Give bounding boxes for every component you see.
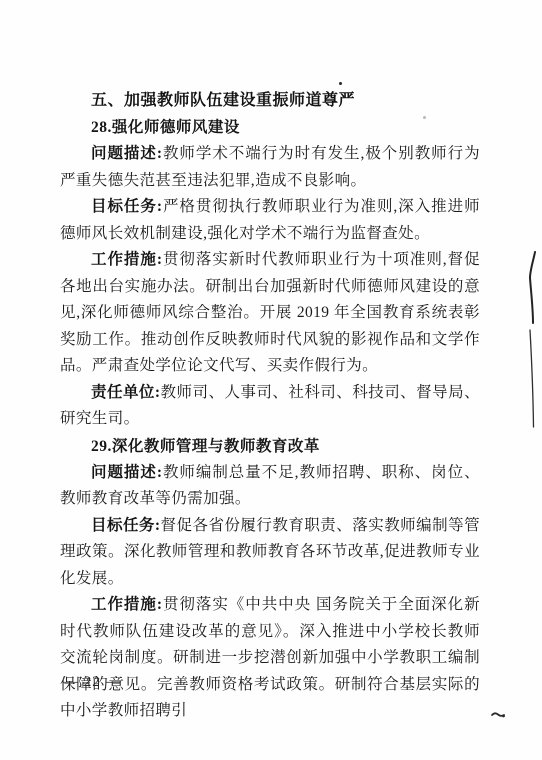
item-28-goal-paragraph: 目标任务:严格贯彻执行教师职业行为准则,深入推进师德师风长效机制建设,强化对学术… <box>60 194 480 247</box>
scan-squiggle-artifact <box>490 709 508 721</box>
document-item-29: 29.深化教师管理与教师教育改革 问题描述:教师编制总量不足,教师招聘、职称、岗… <box>60 433 480 725</box>
paragraph-text: 贯彻落实《中共中央 国务院关于全面深化新时代教师队伍建设改革的意见》。深入推进中… <box>60 596 480 719</box>
item-28-responsible-units-paragraph: 责任单位:教师司、人事司、社科司、科技司、督导局、研究生司。 <box>60 380 480 433</box>
item-28-measures-paragraph: 工作措施:贯彻落实新时代教师职业行为十项准则,督促各地出台实施办法。研制出台加强… <box>60 247 480 380</box>
scan-crease-line-artifact <box>525 248 542 433</box>
item-29-measures-paragraph: 工作措施:贯彻落实《中共中央 国务院关于全面深化新时代教师队伍建设改革的意见》。… <box>60 592 480 725</box>
paragraph-label: 问题描述: <box>91 145 162 162</box>
paragraph-label: 工作措施: <box>91 596 162 613</box>
item-29-title: 29.深化教师管理与教师教育改革 <box>60 433 480 460</box>
item-29-problem-paragraph: 问题描述:教师编制总量不足,教师招聘、职称、岗位、教师教育改革等仍需加强。 <box>60 460 480 513</box>
item-28-title: 28.强化师德师风建设 <box>60 114 480 141</box>
scanned-document-page: 五、加强教师队伍建设重振师道尊严 28.强化师德师风建设 问题描述:教师学术不端… <box>0 0 542 760</box>
item-28-problem-paragraph: 问题描述:教师学术不端行为时有发生,极个别教师行为严重失德失范甚至违法犯罪,造成… <box>60 141 480 194</box>
document-body: 五、加强教师队伍建设重振师道尊严 28.强化师德师风建设 问题描述:教师学术不端… <box>60 88 480 725</box>
ink-speck-artifact <box>339 82 342 85</box>
paragraph-label: 目标任务: <box>91 198 162 215</box>
section-heading: 五、加强教师队伍建设重振师道尊严 <box>60 88 480 114</box>
paragraph-label: 问题描述: <box>91 464 162 481</box>
item-29-goal-paragraph: 目标任务:督促各省份履行教育职责、落实教师编制等管理政策。深化教师管理和教师教育… <box>60 513 480 593</box>
paragraph-text: 贯彻落实新时代教师职业行为十项准则,督促各地出台实施办法。研制出台加强新时代师德… <box>60 251 480 374</box>
paragraph-label: 工作措施: <box>91 251 162 268</box>
paragraph-label: 目标任务: <box>91 517 160 534</box>
document-item-28: 28.强化师德师风建设 问题描述:教师学术不端行为时有发生,极个别教师行为严重失… <box>60 114 480 433</box>
page-number: — 22 — <box>63 671 122 693</box>
paragraph-label: 责任单位: <box>91 384 160 401</box>
